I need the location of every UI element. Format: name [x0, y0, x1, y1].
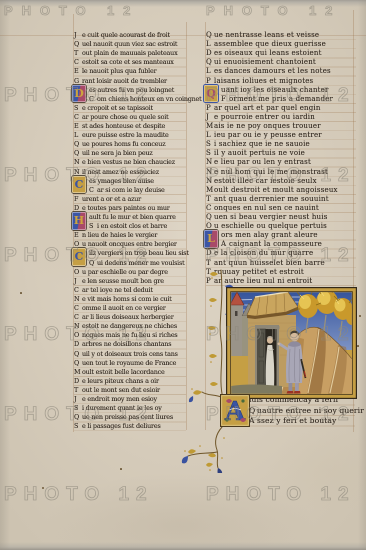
versal-letter: M: [206, 122, 214, 131]
verse-line: Leure puisse estre la maudite: [74, 131, 186, 140]
verse-line: Si sachiez que ie ne sauoie: [206, 140, 356, 149]
verse-line: Moult estoit belle lacordance: [74, 368, 186, 377]
verse-line: Furent a or et a azur: [74, 195, 186, 204]
versal-letter: Q: [206, 213, 214, 222]
verse-line: Tout le mont sen dut esioir: [74, 386, 186, 395]
versal-letter: C: [89, 186, 97, 195]
verse-line: Je pourroie entrer ou iardin: [206, 113, 356, 122]
versal-letter: M: [74, 368, 82, 377]
verse-line: Nil nest amez ne essauciez: [74, 168, 186, 177]
verse-line: Je len seusse moult bon gre: [74, 277, 186, 286]
versal-letter: C: [74, 304, 82, 313]
versal-letter: N: [206, 158, 214, 167]
verse-line: Lassemblee que dieux guerisse: [206, 40, 356, 49]
verse-line: Ou par eschielle ou par degre: [74, 268, 186, 277]
verse-line: Assez y feri et boutay: [249, 416, 355, 427]
versal-letter: E: [74, 122, 82, 131]
verse-line: Je cuit quele acourast de froit: [74, 31, 186, 40]
verse-line: Car poure chose ou quele soit: [74, 113, 186, 122]
text-column-right: Que nentrasse leans et veisseLassemblee …: [206, 31, 356, 286]
versal-letter: S: [74, 422, 82, 431]
versal-letter: P: [206, 104, 214, 113]
verse-line: ilz vergiers en trop beau lieu sist: [74, 249, 186, 258]
versal-letter: Q: [74, 40, 82, 49]
versal-letter: J: [74, 277, 82, 286]
versal-letter: E: [74, 67, 82, 76]
text-block-below-miniature: luis commencay a ferirQuautre entree ni …: [249, 395, 355, 428]
verse-line: es autres fu vn pou loingnet: [74, 86, 186, 95]
versal-letter: Q: [74, 350, 82, 359]
ground: [231, 384, 282, 394]
versal-letter: Q: [74, 413, 82, 422]
verse-line: es ymages bien auise: [74, 177, 186, 186]
versal-letter: S: [206, 149, 214, 158]
versal-letter: C: [74, 113, 82, 122]
verse-line: Ne lieu par ou len y entrast: [206, 158, 356, 167]
verse-line: Forment me pris a demander: [206, 95, 356, 104]
parchment-speck: [359, 315, 361, 317]
verse-line: Tant quau derrenier me souuint: [206, 195, 356, 204]
verse-line: Que nen preisse pas cent liures: [74, 413, 186, 422]
verse-line: Quil y ot doiseaux trois cens tans: [74, 350, 186, 359]
versal-letter: J: [74, 31, 82, 40]
verse-line: Les dances damours et les notes: [206, 67, 356, 76]
versal-letter: S: [206, 140, 214, 149]
text-column-left: Je cuit quele acourast de froitQuel nauo…: [74, 31, 186, 431]
parchment-speck: [42, 487, 44, 489]
verse-line: Car si com ie lay deuise: [74, 186, 186, 195]
verse-line: Quel nauoit quun viez sac estroit: [74, 40, 186, 49]
verse-line: Car tel ioye ne tel deduit: [74, 286, 186, 295]
verse-line: Plaisans ioliues et mignotes: [206, 77, 356, 86]
versal-letter: S: [89, 222, 97, 231]
verse-line: Nestoit ne dangereux ne chiches: [74, 322, 186, 331]
verse-line: De toutes pars paintes ou mur: [74, 204, 186, 213]
versal-letter: Q: [74, 359, 82, 368]
versal-letter: T: [206, 195, 214, 204]
versal-letter: C: [89, 95, 97, 104]
verse-line: Car li lieus doiseaux herbergier: [74, 313, 186, 322]
versal-letter: T: [74, 386, 82, 395]
versal-letter: J: [206, 113, 214, 122]
verse-line: Quen tout le royaume de France: [74, 359, 186, 368]
verse-line: uant ioy les oiseaulx chanter: [206, 86, 356, 95]
verse-line: ors men alay grant aleure: [206, 231, 356, 240]
versal-letter: Q: [206, 58, 214, 67]
illuminated-initial-a: A: [220, 394, 250, 427]
verse-line: Ou eschielle ou quelque pertuis: [206, 222, 356, 231]
versal-letter: N: [206, 168, 214, 177]
verse-line: Qui dedens mener me voulsist: [74, 259, 186, 268]
versal-letter: C: [74, 58, 82, 67]
versal-letter: C: [206, 204, 214, 213]
versal-letter: N: [74, 322, 82, 331]
versal-letter: D: [74, 377, 82, 386]
verse-line: En lieu de haies le vergier: [74, 231, 186, 240]
verse-line: Se li passages fust deliures: [74, 422, 186, 431]
verse-line: Que poures homs fu conceuz: [74, 140, 186, 149]
versal-letter: D: [206, 49, 214, 58]
page-edge-bottom: [0, 542, 366, 550]
versal-letter: L: [206, 67, 214, 76]
verse-line: Nestoit illec car iestoie seulx: [206, 177, 356, 186]
verse-line: Lieu par ou ie y peusse entrer: [206, 131, 356, 140]
versal-letter: F: [74, 195, 82, 204]
verse-line: Moult destroit et moult angoisseux: [206, 186, 356, 195]
versal-letter: N: [74, 295, 82, 304]
miniature-lover-at-garden-gate: [226, 287, 357, 399]
verse-line: Ne nul hom qui le me monstrast: [206, 168, 356, 177]
verse-line: Par quel art et par quel engin: [206, 104, 356, 113]
red-roof-tower: [230, 292, 244, 356]
verse-line: Quen si beau vergier neust huis: [206, 213, 356, 222]
verse-line: Est ades honteuse et despite: [74, 122, 186, 131]
versal-letter: Q: [74, 140, 82, 149]
versal-letter: S: [74, 104, 82, 113]
versal-letter: D: [74, 340, 82, 349]
page-edge-top: [0, 0, 366, 7]
verse-line: Je endroit moy men esioy: [74, 395, 186, 404]
verse-line: Ne bien vestus ne bien chauciez: [74, 158, 186, 167]
versal-letter: Q: [89, 259, 97, 268]
verse-line: Que nentrasse leans et veisse: [206, 31, 356, 40]
parchment-speck: [20, 292, 22, 294]
verse-line: Ele nauoit plus qua fubler: [74, 67, 186, 76]
page-edge-left: [0, 0, 10, 550]
verse-line: Quautre entree ni soy querir: [249, 406, 355, 417]
versal-letter: S: [74, 404, 82, 413]
parchment-speck: [357, 345, 359, 347]
versal-letter: N: [74, 158, 82, 167]
versal-letter: M: [206, 186, 214, 195]
versal-letter: E: [74, 231, 82, 240]
verse-line: Com chiens honteux en vn coingnet: [74, 95, 186, 104]
versal-letter: Q: [206, 31, 214, 40]
versal-letter: L: [206, 40, 214, 49]
versal-letter: O: [74, 268, 82, 277]
verse-line: Si en estoit clos et barre: [74, 222, 186, 231]
versal-letter: L: [206, 131, 214, 140]
versal-letter: Q: [74, 149, 82, 158]
versal-letter: J: [74, 395, 82, 404]
verse-line: Grant loisir auoit de trembler: [74, 77, 186, 86]
verse-line: Darbres ne doisillons chantans: [74, 340, 186, 349]
versal-letter: L: [74, 131, 82, 140]
verse-line: De leurs piteux chans a oir: [74, 377, 186, 386]
garden-door: [255, 325, 279, 390]
verse-line: Des oiseaux qui leans estoient: [206, 49, 356, 58]
versal-letter: C: [74, 286, 82, 295]
verse-line: Conques en nul sen ce nauint: [206, 204, 356, 213]
verse-line: Si durement quant ie les oy: [74, 404, 186, 413]
verse-line: Ne vit mais homs si com ie cuit: [74, 295, 186, 304]
page-edge-right: [358, 0, 366, 550]
parchment-speck: [120, 468, 122, 470]
versal-letter: C: [74, 313, 82, 322]
verse-line: Comme il auoit en ce vergier: [74, 304, 186, 313]
verse-line: Se cropoit et se tapissoit: [74, 104, 186, 113]
verse-line: ault fu le mur et bien quarre: [74, 213, 186, 222]
verse-line: Mais ie ne poy onques trouuer: [206, 122, 356, 131]
manuscript-page-photo: Je cuit quele acourast de froitQuel nauo…: [0, 0, 366, 550]
verse-line: Tout plain de mauuais paleteaux: [74, 49, 186, 58]
versal-letter: T: [74, 49, 82, 58]
versal-letter: N: [206, 177, 214, 186]
versal-letter: F: [221, 95, 229, 104]
versal-letter: O: [74, 331, 82, 340]
